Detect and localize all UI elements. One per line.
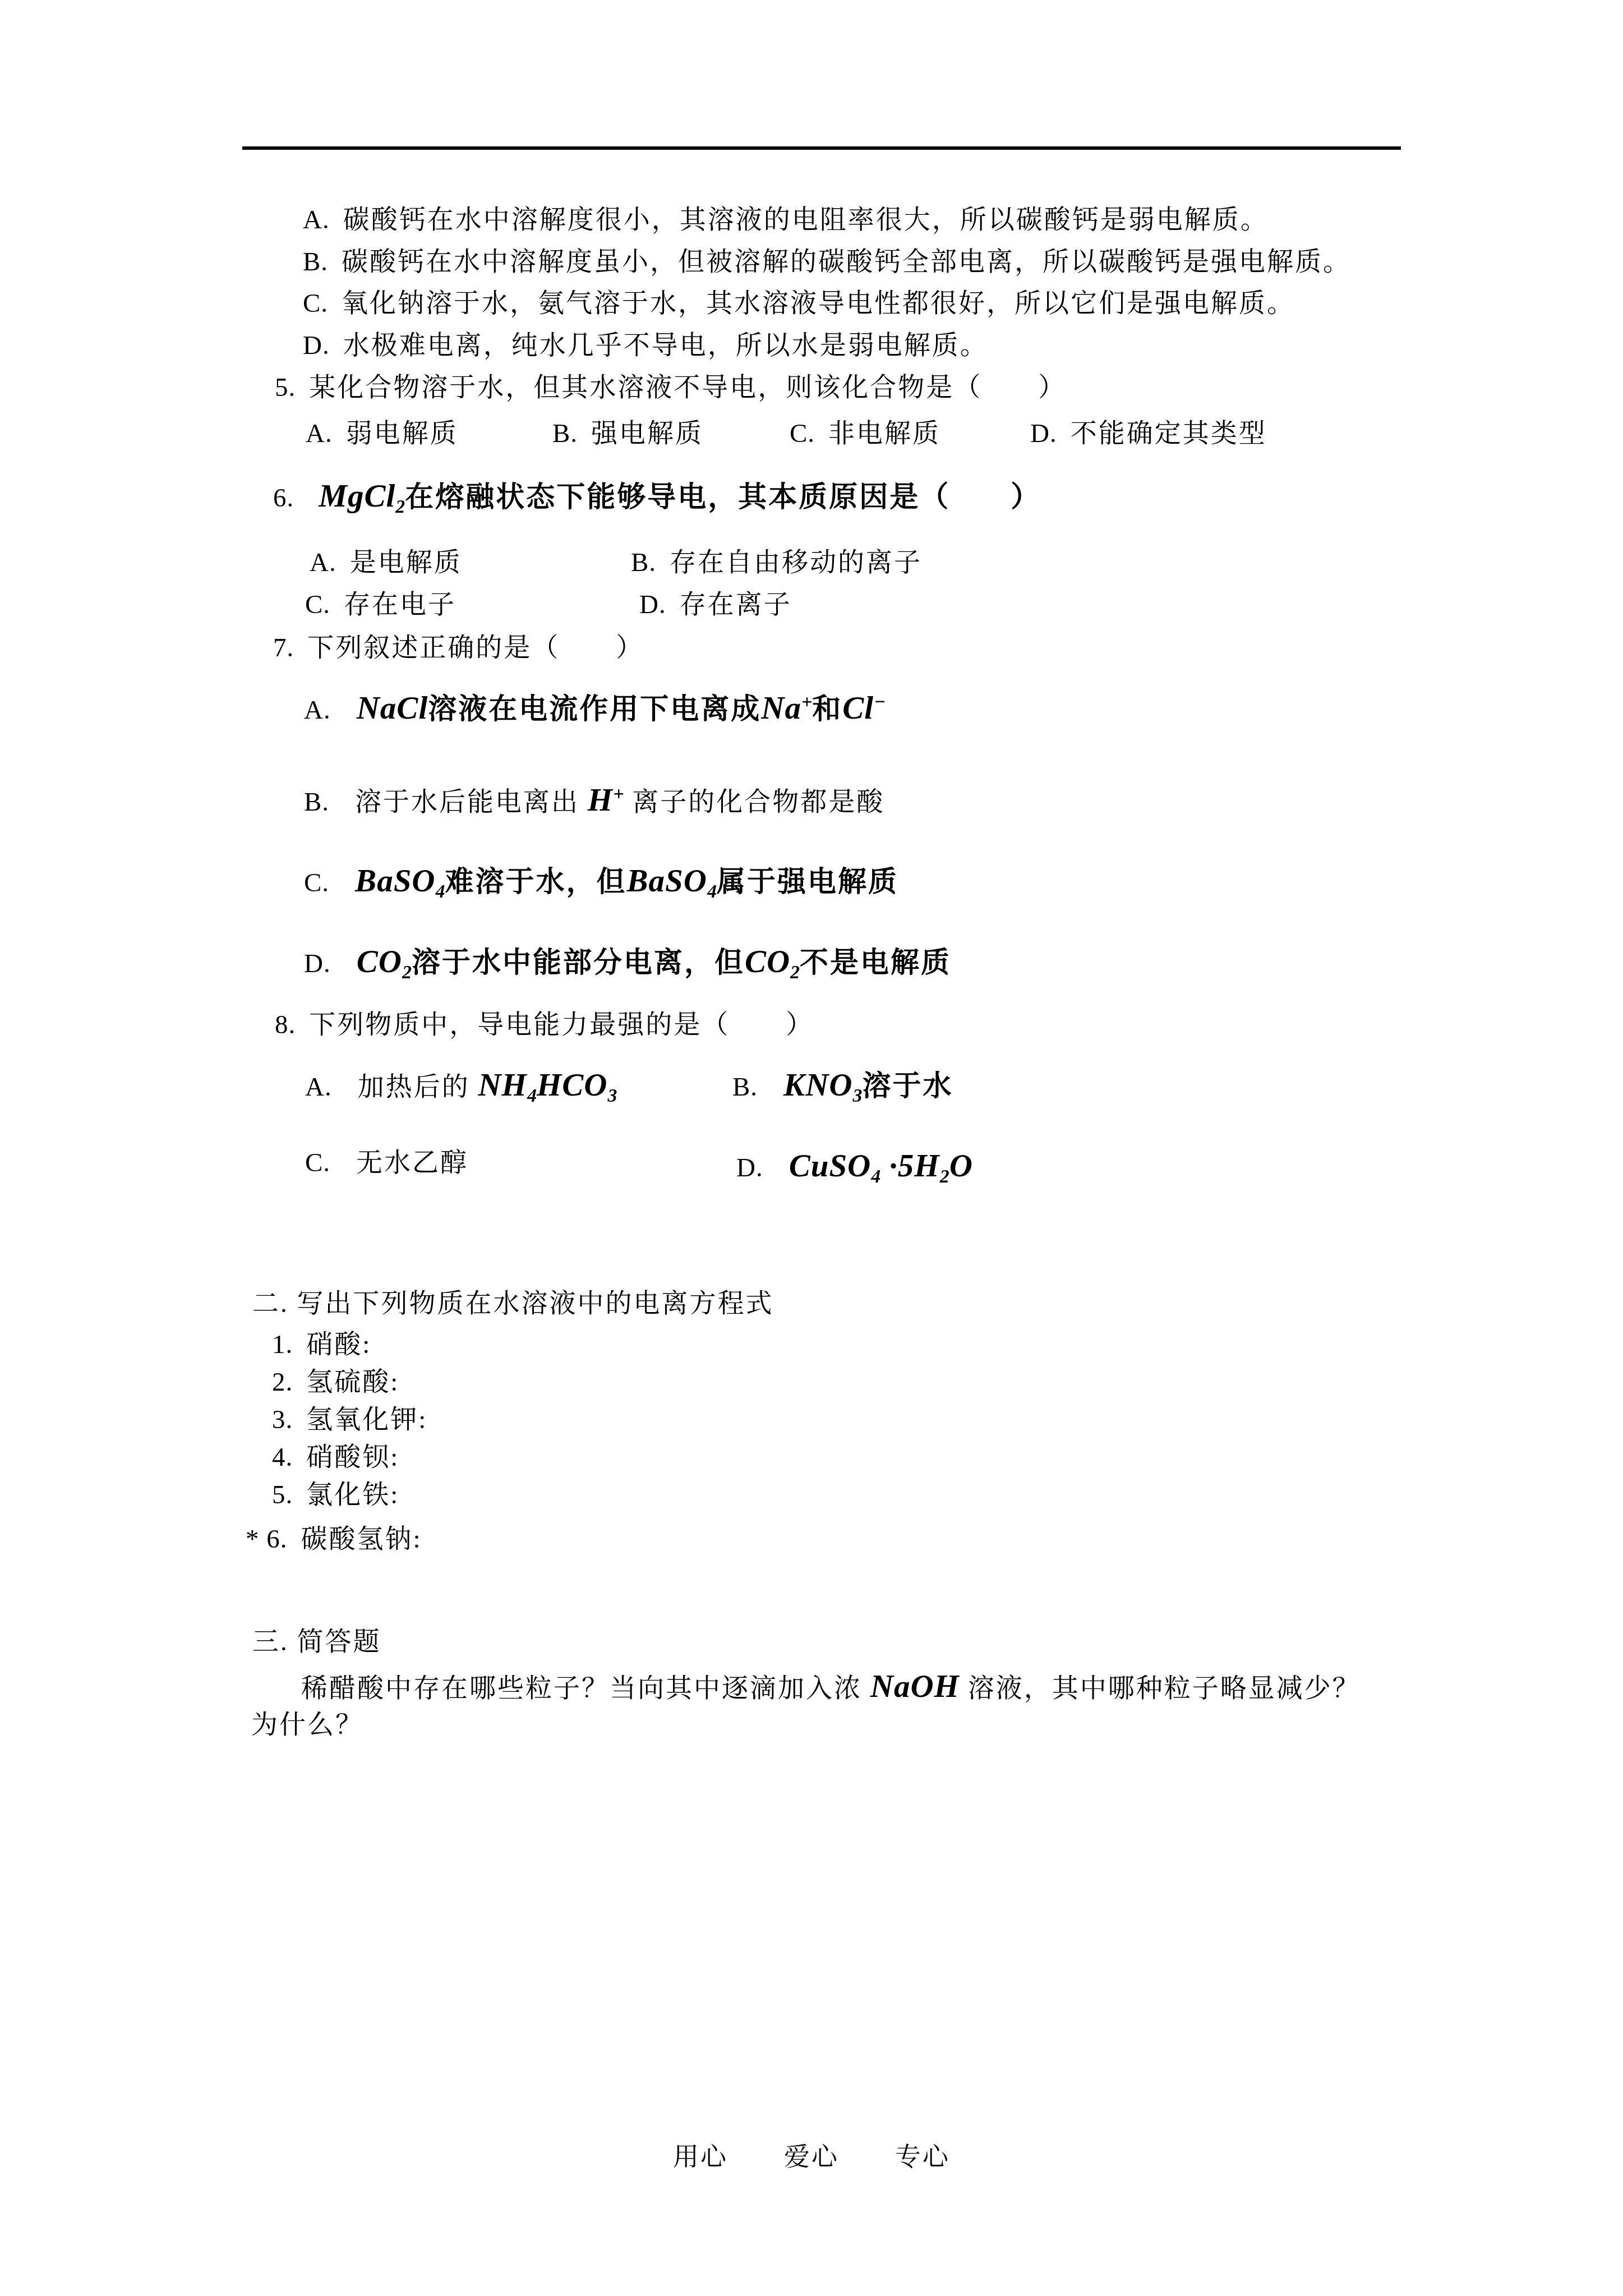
- option-text: 碳酸钙在水中溶解度虽小，但被溶解的碳酸钙全部电离，所以碳酸钙是强电解质。: [342, 247, 1351, 277]
- section3-question-line1: 稀醋酸中存在哪些粒子？当向其中逐滴加入浓 NaOH 溶液，其中哪种粒子略显减少？: [301, 1668, 1361, 1705]
- q7-option-c: C.BaSO4难溶于水，但BaSO4属于强电解质: [304, 863, 898, 903]
- header-rule: [242, 146, 1401, 150]
- item-text: 硝酸钡:: [306, 1443, 399, 1472]
- section2-item-3: 3.氢氧化钾:: [272, 1405, 427, 1435]
- option-text: 存在自由移动的离子: [670, 548, 922, 577]
- q8-option-c: C.无水乙醇: [305, 1148, 468, 1178]
- option-text: 碳酸钙在水中溶解度很小，其溶液的电阻率很大，所以碳酸钙是弱电解质。: [343, 205, 1269, 234]
- option-label: D.: [736, 1153, 763, 1182]
- option-label: B.: [631, 548, 656, 577]
- option-formula-text: 无水乙醇: [356, 1148, 468, 1177]
- q4-option-c: C.氧化钠溶于水，氨气溶于水，其水溶液导电性都很好，所以它们是强电解质。: [303, 288, 1295, 319]
- q6-option-b: B.存在自由移动的离子: [631, 547, 922, 578]
- option-label: A.: [305, 1073, 332, 1102]
- question-text: 某化合物溶于水，但其水溶液不导电，则该化合物是（ ）: [309, 373, 1066, 402]
- q5-option-b: B.强电解质: [552, 418, 703, 449]
- option-formula-text: KNO3溶于水: [783, 1073, 953, 1102]
- item-text: 氢氧化钾:: [306, 1405, 427, 1434]
- q7-stem: 7.下列叙述正确的是（ ）: [273, 633, 644, 663]
- option-formula-text: CO2溶于水中能部分电离，但CO2不是电解质: [357, 949, 951, 978]
- q4-option-a: A.碳酸钙在水中溶解度很小，其溶液的电阻率很大，所以碳酸钙是弱电解质。: [303, 205, 1269, 235]
- section3-question-line2: 为什么？: [251, 1710, 363, 1740]
- q8-option-b: B.KNO3溶于水: [732, 1067, 953, 1107]
- option-text: 存在离子: [680, 590, 792, 619]
- item-text: 氢硫酸:: [306, 1368, 399, 1397]
- item-number: 3.: [272, 1405, 293, 1434]
- option-label: A.: [303, 205, 330, 234]
- option-formula-text: CuSO4 ·5H2O: [789, 1153, 973, 1182]
- question-number: 7.: [273, 633, 294, 662]
- option-label: C.: [305, 1148, 330, 1177]
- option-label: A.: [310, 548, 336, 577]
- option-label: D.: [303, 331, 330, 360]
- q7-option-d: D.CO2溶于水中能部分电离，但CO2不是电解质: [304, 944, 951, 983]
- document-page: A.碳酸钙在水中溶解度很小，其溶液的电阻率很大，所以碳酸钙是弱电解质。 B.碳酸…: [0, 0, 1623, 2296]
- section2-item-6: * 6.碳酸氢钠:: [246, 1524, 422, 1554]
- section2-item-4: 4.硝酸钡:: [272, 1442, 399, 1473]
- option-formula-text: 溶于水后能电离出 H+ 离子的化合物都是酸: [355, 788, 884, 817]
- option-label: B.: [732, 1073, 758, 1102]
- option-text: 是电解质: [350, 548, 462, 577]
- question-number: 8.: [275, 1010, 296, 1039]
- item-text: 氯化铁:: [306, 1480, 399, 1510]
- option-formula-text: 加热后的 NH4HCO3: [358, 1073, 617, 1102]
- option-label: C.: [305, 590, 330, 619]
- option-label: B.: [552, 419, 578, 448]
- q6-option-d: D.存在离子: [639, 590, 792, 620]
- option-formula-text: BaSO4难溶于水，但BaSO4属于强电解质: [355, 868, 898, 898]
- item-number: 1.: [272, 1330, 293, 1359]
- q7-option-a: A.NaCl溶液在电流作用下电离成Na+和Cl−: [304, 690, 886, 727]
- q7-option-b: B.溶于水后能电离出 H+ 离子的化合物都是酸: [304, 782, 884, 819]
- q6-stem: 6.MgCl2在熔融状态下能够导电，其本质原因是（ ）: [273, 478, 1041, 518]
- page-footer: 用心爱心专心: [0, 2136, 1623, 2173]
- option-label: D.: [304, 949, 331, 978]
- option-formula-text: NaCl溶液在电流作用下电离成Na+和Cl−: [357, 696, 886, 725]
- option-text: 存在电子: [344, 590, 456, 619]
- option-text: 氧化钠溶于水，氨气溶于水，其水溶液导电性都很好，所以它们是强电解质。: [342, 289, 1295, 318]
- option-label: B.: [303, 247, 328, 277]
- option-text: 强电解质: [591, 419, 703, 448]
- question-formula-text: MgCl2在熔融状态下能够导电，其本质原因是（ ）: [319, 484, 1041, 513]
- option-label: C.: [304, 868, 329, 898]
- item-number: 4.: [272, 1443, 293, 1472]
- q5-option-a: A.弱电解质: [306, 418, 458, 449]
- q4-option-b: B.碳酸钙在水中溶解度虽小，但被溶解的碳酸钙全部电离，所以碳酸钙是强电解质。: [303, 247, 1351, 277]
- option-label: A.: [306, 419, 333, 448]
- question-number: 5.: [275, 373, 296, 402]
- q8-option-a: A.加热后的 NH4HCO3: [305, 1067, 617, 1107]
- section2-item-5: 5.氯化铁:: [272, 1480, 399, 1510]
- item-text: 硝酸:: [306, 1330, 371, 1359]
- question-number: 6.: [273, 484, 294, 513]
- item-text: 碳酸氢钠:: [301, 1525, 422, 1554]
- item-number: 2.: [272, 1368, 293, 1397]
- q5-option-c: C.非电解质: [790, 418, 940, 449]
- option-label: D.: [639, 590, 666, 619]
- section2-title: 二. 写出下列物质在水溶液中的电离方程式: [252, 1289, 774, 1319]
- item-number: * 6.: [246, 1525, 288, 1554]
- footer-item: 专心: [895, 2142, 950, 2171]
- option-text: 不能确定其类型: [1071, 419, 1267, 448]
- section2-item-1: 1.硝酸:: [272, 1329, 371, 1360]
- section3-title: 三. 简答题: [252, 1627, 381, 1657]
- section2-item-2: 2.氢硫酸:: [272, 1367, 399, 1397]
- option-label: C.: [303, 289, 328, 318]
- q8-stem: 8.下列物质中，导电能力最强的是（ ）: [275, 1010, 814, 1040]
- option-label: C.: [790, 419, 815, 448]
- question-text: 下列物质中，导电能力最强的是（ ）: [309, 1010, 814, 1039]
- option-text: 弱电解质: [346, 419, 458, 448]
- question-text: 下列叙述正确的是（ ）: [307, 633, 644, 662]
- option-label: A.: [304, 696, 331, 725]
- q6-option-c: C.存在电子: [305, 590, 456, 620]
- item-number: 5.: [272, 1480, 293, 1510]
- option-text: 水极难电离，纯水几乎不导电，所以水是弱电解质。: [343, 331, 988, 360]
- option-label: D.: [1030, 419, 1057, 448]
- q5-stem: 5.某化合物溶于水，但其水溶液不导电，则该化合物是（ ）: [275, 372, 1066, 403]
- q4-option-d: D.水极难电离，纯水几乎不导电，所以水是弱电解质。: [303, 330, 988, 361]
- footer-item: 用心: [673, 2142, 728, 2171]
- option-text: 非电解质: [828, 419, 940, 448]
- option-label: B.: [304, 788, 329, 817]
- q6-option-a: A.是电解质: [310, 547, 462, 578]
- q8-option-d: D.CuSO4 ·5H2O: [736, 1148, 973, 1188]
- q5-option-d: D.不能确定其类型: [1030, 418, 1267, 449]
- footer-item: 爱心: [784, 2142, 839, 2171]
